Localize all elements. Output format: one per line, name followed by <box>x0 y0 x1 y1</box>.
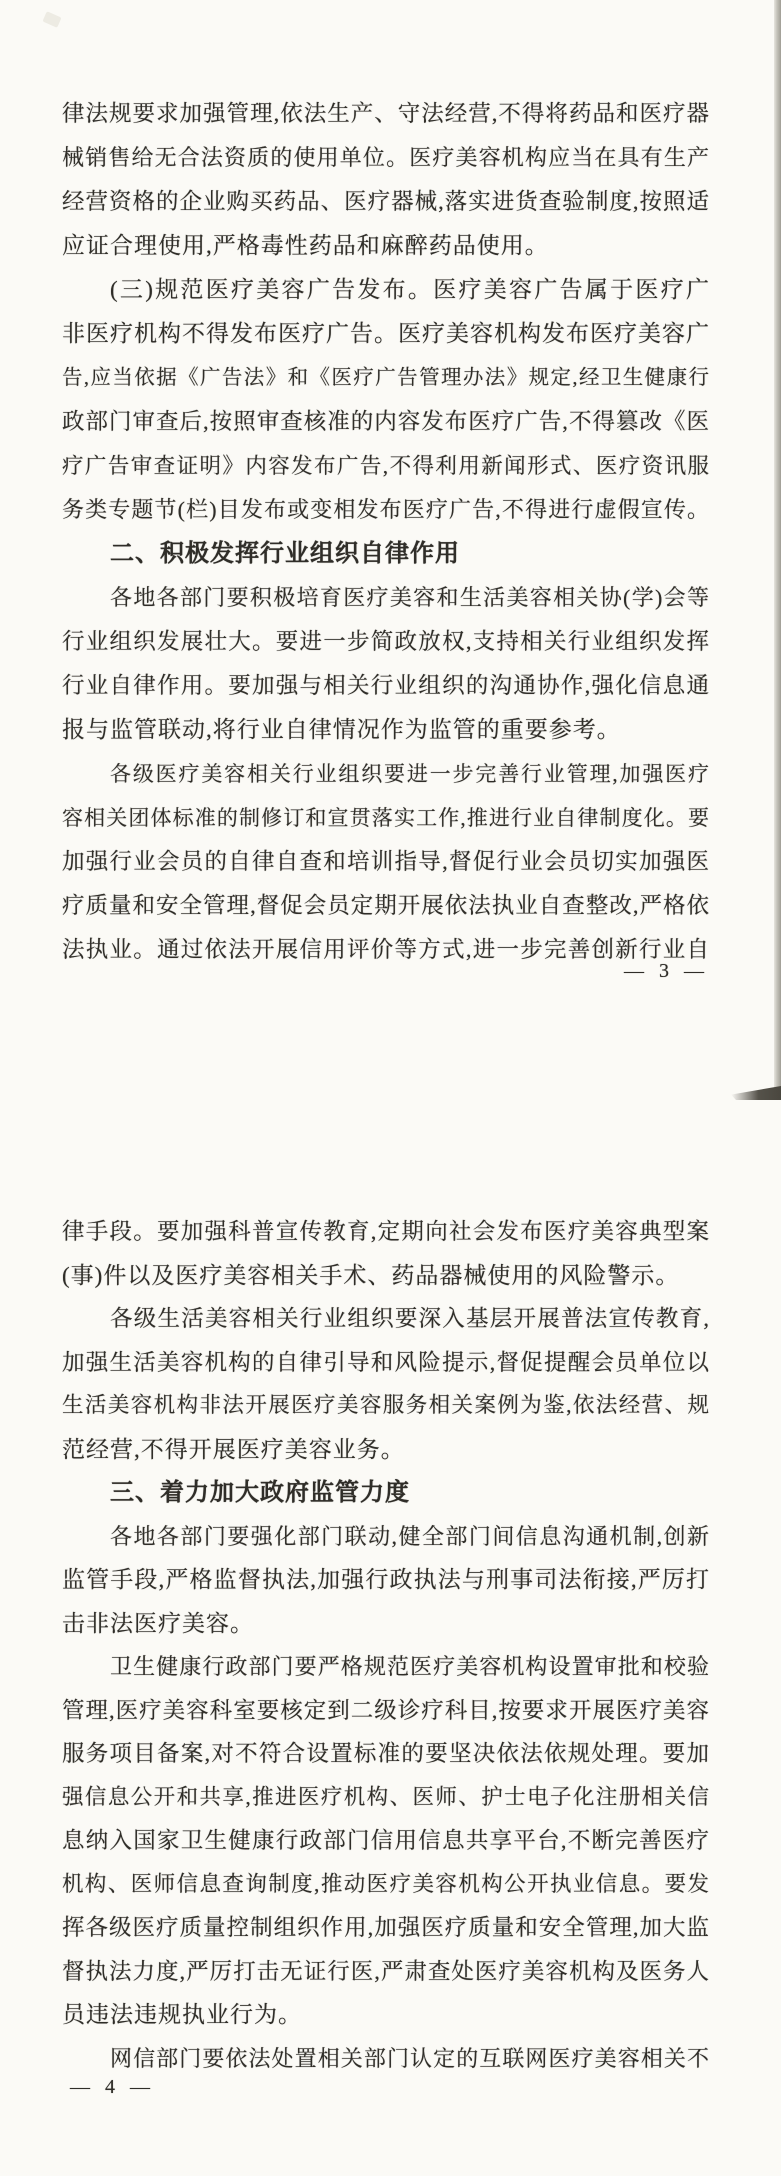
text-line: 政部门审查后,按照审查核准的内容发布医疗广告,不得篡改《医 <box>62 400 710 444</box>
scan-artifact <box>42 11 61 28</box>
text-line: 生活美容机构非法开展医疗美容服务相关案例为鉴,依法经营、规 <box>62 1384 710 1428</box>
text-line: 各级生活美容相关行业组织要深入基层开展普法宣传教育, <box>62 1297 710 1341</box>
text-line: (三)规范医疗美容广告发布。医疗美容广告属于医疗广告, <box>62 268 710 312</box>
text-line: 疗质量和安全管理,督促会员定期开展依法执业自查整改,严格依 <box>62 884 710 928</box>
text-line: 法执业。通过依法开展信用评价等方式,进一步完善创新行业自 <box>62 928 710 972</box>
text-line: 告,应当依据《广告法》和《医疗广告管理办法》规定,经卫生健康行 <box>62 356 710 400</box>
text-line: 机构、医师信息查询制度,推动医疗美容机构公开执业信息。要发 <box>62 1863 710 1907</box>
text-line: 应证合理使用,严格毒性药品和麻醉药品使用。 <box>62 224 710 268</box>
text-line: 范经营,不得开展医疗美容业务。 <box>62 1428 710 1472</box>
text-line: 经营资格的企业购买药品、医疗器械,落实进货查验制度,按照适 <box>62 180 710 224</box>
page-number: — 4 — <box>70 2076 155 2099</box>
text-line: 律手段。要加强科普宣传教育,定期向社会发布医疗美容典型案 <box>62 1210 710 1254</box>
text-line: 律法规要求加强管理,依法生产、守法经营,不得将药品和医疗器 <box>62 92 710 136</box>
text-line: 械销售给无合法资质的使用单位。医疗美容机构应当在具有生产 <box>62 136 710 180</box>
text-line: 网信部门要依法处置相关部门认定的互联网医疗美容相关不 <box>62 2037 710 2081</box>
text-line: 各级医疗美容相关行业组织要进一步完善行业管理,加强医疗美 <box>62 752 710 796</box>
text-line: 非医疗机构不得发布医疗广告。医疗美容机构发布医疗美容广 <box>62 312 710 356</box>
text-line: 管理,医疗美容科室要核定到二级诊疗科目,按要求开展医疗美容 <box>62 1689 710 1733</box>
text-line: 强信息公开和共享,推进医疗机构、医师、护士电子化注册相关信 <box>62 1776 710 1820</box>
text-line: 员违法违规执业行为。 <box>62 1993 710 2037</box>
text-line: 各地各部门要强化部门联动,健全部门间信息沟通机制,创新 <box>62 1515 710 1559</box>
text-line: 疗广告审查证明》内容发布广告,不得利用新闻形式、医疗资讯服 <box>62 444 710 488</box>
page-corner-shadow <box>731 1086 781 1100</box>
text-line: 击非法医疗美容。 <box>62 1602 710 1646</box>
text-line: 卫生健康行政部门要严格规范医疗美容机构设置审批和校验 <box>62 1645 710 1689</box>
text-line: 行业自律作用。要加强与相关行业组织的沟通协作,强化信息通 <box>62 664 710 708</box>
text-line: 加强行业会员的自律自查和培训指导,督促行业会员切实加强医 <box>62 840 710 884</box>
text-line: 加强生活美容机构的自律引导和风险提示,督促提醒会员单位以 <box>62 1341 710 1385</box>
text-line: 容相关团体标准的制修订和宣贯落实工作,推进行业自律制度化。要 <box>62 796 710 840</box>
text-line: 报与监管联动,将行业自律情况作为监管的重要参考。 <box>62 708 710 752</box>
scanned-document: 律法规要求加强管理,依法生产、守法经营,不得将药品和医疗器械销售给无合法资质的使… <box>0 0 781 2176</box>
page-right-edge <box>774 0 781 1090</box>
text-line: 息纳入国家卫生健康行政部门信用信息共享平台,不断完善医疗 <box>62 1819 710 1863</box>
page-3-text: 律法规要求加强管理,依法生产、守法经营,不得将药品和医疗器械销售给无合法资质的使… <box>62 92 710 972</box>
page-4: 律手段。要加强科普宣传教育,定期向社会发布医疗美容典型案(事)件以及医疗美容相关… <box>62 1210 710 2080</box>
text-line: 行业组织发展壮大。要进一步简政放权,支持相关行业组织发挥 <box>62 620 710 664</box>
text-line: 督执法力度,严厉打击无证行医,严肃查处医疗美容机构及医务人 <box>62 1950 710 1994</box>
section-heading: 二、积极发挥行业组织自律作用 <box>62 532 710 576</box>
page-number: — 3 — <box>624 960 709 983</box>
text-line: 监管手段,严格监督执法,加强行政执法与刑事司法衔接,严厉打 <box>62 1558 710 1602</box>
text-line: 各地各部门要积极培育医疗美容和生活美容相关协(学)会等 <box>62 576 710 620</box>
page-4-text: 律手段。要加强科普宣传教育,定期向社会发布医疗美容典型案(事)件以及医疗美容相关… <box>62 1210 710 2080</box>
text-line: 务类专题节(栏)目发布或变相发布医疗广告,不得进行虚假宣传。 <box>62 488 710 532</box>
section-heading: 三、着力加大政府监管力度 <box>62 1471 710 1515</box>
text-line: 挥各级医疗质量控制组织作用,加强医疗质量和安全管理,加大监 <box>62 1906 710 1950</box>
page-3: 律法规要求加强管理,依法生产、守法经营,不得将药品和医疗器械销售给无合法资质的使… <box>62 92 710 972</box>
text-line: 服务项目备案,对不符合设置标准的要坚决依法依规处理。要加 <box>62 1732 710 1776</box>
text-line: (事)件以及医疗美容相关手术、药品器械使用的风险警示。 <box>62 1254 710 1298</box>
